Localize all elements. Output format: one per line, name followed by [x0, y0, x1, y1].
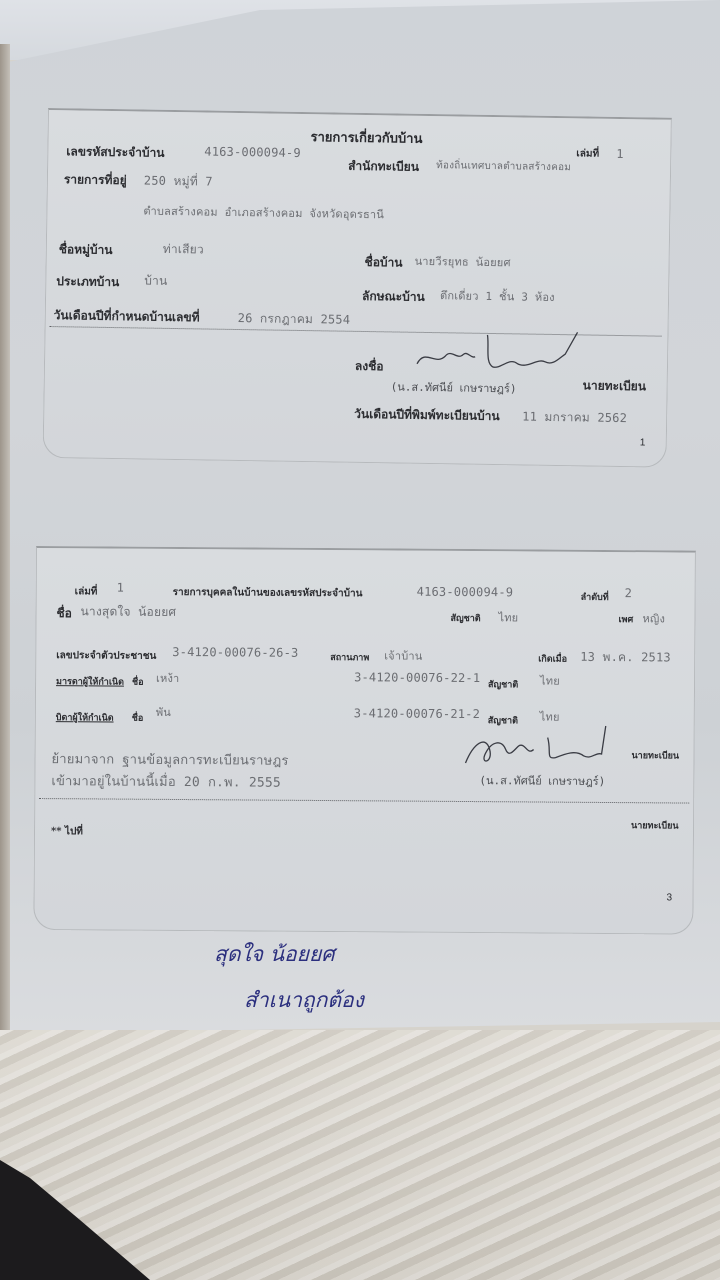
father-label: บิดาผู้ให้กำเนิด	[56, 710, 114, 724]
volume-value: 1	[117, 581, 125, 595]
registrar-title: นายทะเบียน	[583, 376, 647, 396]
father-name: พัน	[156, 703, 171, 721]
registrar-signature	[455, 719, 635, 776]
moved-from: ย้ายมาจาก ฐานข้อมูลการทะเบียนราษฎร	[51, 748, 288, 771]
house-name-value: นายวีรยุทธ น้อยยศ	[415, 252, 511, 272]
order-value: 2	[625, 586, 633, 600]
birth-label: เกิดเมื่อ	[538, 652, 567, 666]
sex-label: เพศ	[618, 612, 633, 626]
handwritten-certified-copy: สำเนาถูกต้อง	[244, 984, 364, 1017]
house-name-label: ชื่อบ้าน	[364, 253, 402, 273]
nationality-label: สัญชาติ	[450, 611, 480, 625]
status-value: เจ้าบ้าน	[384, 646, 422, 664]
mother-name-label: ชื่อ	[132, 675, 144, 689]
nationality-value: ไทย	[498, 608, 518, 626]
mother-id: 3-4120-00076-22-1	[354, 670, 480, 685]
office-value: ท้องถิ่นเทศบาลตำบลสร้างคอม	[436, 158, 571, 175]
name-label: ชื่อ	[56, 604, 71, 623]
print-date-label: วันเดือนปีที่พิมพ์ทะเบียนบ้าน	[354, 405, 500, 426]
mother-label: มารดาผู้ให้กำเนิด	[56, 674, 124, 688]
office-label: สำนักทะเบียน	[348, 157, 419, 177]
house-details-card: รายการเกี่ยวกับบ้าน เลขรหัสประจำบ้าน 416…	[43, 108, 672, 468]
address-line2: ตำบลสร้างคอม อำเภอสร้างคอม จังหวัดอุดรธา…	[143, 202, 384, 224]
sex-value: หญิง	[642, 609, 665, 627]
house-style-label: ลักษณะบ้าน	[362, 287, 425, 307]
house-style-value: ตึกเดี่ยว 1 ชั้น 3 ห้อง	[440, 286, 555, 306]
person-card-heading: รายการบุคคลในบ้านของเลขรหัสประจำบ้าน	[173, 585, 363, 601]
page-number: 3	[667, 892, 673, 903]
mother-name: เหง้า	[156, 669, 179, 687]
print-date-value: 11 มกราคม 2562	[522, 407, 627, 428]
volume-label: เล่มที่	[75, 584, 98, 599]
assigned-date-value: 26 กรกฎาคม 2554	[238, 309, 351, 330]
house-card-heading: รายการเกี่ยวกับบ้าน	[310, 126, 422, 149]
separator-line	[39, 798, 689, 804]
handwritten-name: สุดใจ น้อยยศ	[214, 938, 335, 971]
mother-nationality: ไทย	[540, 672, 560, 690]
sign-label: ลงชื่อ	[355, 357, 384, 376]
page-number: 1	[640, 437, 646, 448]
order-label: ลำดับที่	[581, 590, 609, 604]
id-label: เลขประจำตัวประชาชน	[56, 648, 156, 664]
registrar-title-2: นายทะเบียน	[631, 818, 679, 832]
house-type-label: ประเภทบ้าน	[56, 272, 119, 292]
volume-value: 1	[616, 147, 624, 161]
mother-nationality-label: สัญชาติ	[488, 677, 518, 691]
volume-label: เล่มที่	[576, 146, 599, 161]
id-number: 3-4120-00076-26-3	[172, 645, 298, 660]
house-code-label: เลขรหัสประจำบ้าน	[66, 142, 164, 163]
paper-edge	[0, 44, 10, 1034]
birth-date: 13 พ.ค. 2513	[580, 648, 671, 668]
house-code-value: 4163-000094-9	[204, 144, 301, 160]
registrar-signature	[405, 326, 586, 379]
assigned-date-label: วันเดือนปีที่กำหนดบ้านเลขที่	[54, 306, 200, 327]
village-value: ท่าเสียว	[163, 240, 204, 260]
registrar-name: (น.ส.ทัศนีย์ เกษราษฎร์)	[479, 771, 605, 790]
status-label: สถานภาพ	[330, 650, 369, 664]
person-name: นางสุดใจ น้อยยศ	[80, 602, 176, 622]
address-label: รายการที่อยู่	[64, 170, 127, 190]
moved-out-label: ** ไปที่	[51, 824, 83, 839]
marble-table-surface	[0, 1030, 720, 1280]
registrar-title: นายทะเบียน	[632, 748, 680, 762]
address-line1: 250 หมู่ที่ 7	[144, 172, 213, 192]
registrar-name: (น.ส.ทัศนีย์ เกษราษฎร์)	[391, 377, 517, 397]
father-name-label: ชื่อ	[132, 711, 144, 725]
person-details-card: เล่มที่ 1 รายการบุคคลในบ้านของเลขรหัสประ…	[33, 546, 696, 935]
village-label: ชื่อหมู่บ้าน	[59, 240, 113, 260]
house-code-value: 4163-000094-9	[417, 585, 514, 600]
house-type-value: บ้าน	[144, 272, 167, 291]
moved-in-date: เข้ามาอยู่ในบ้านนี้เมื่อ 20 ก.พ. 2555	[51, 770, 281, 793]
